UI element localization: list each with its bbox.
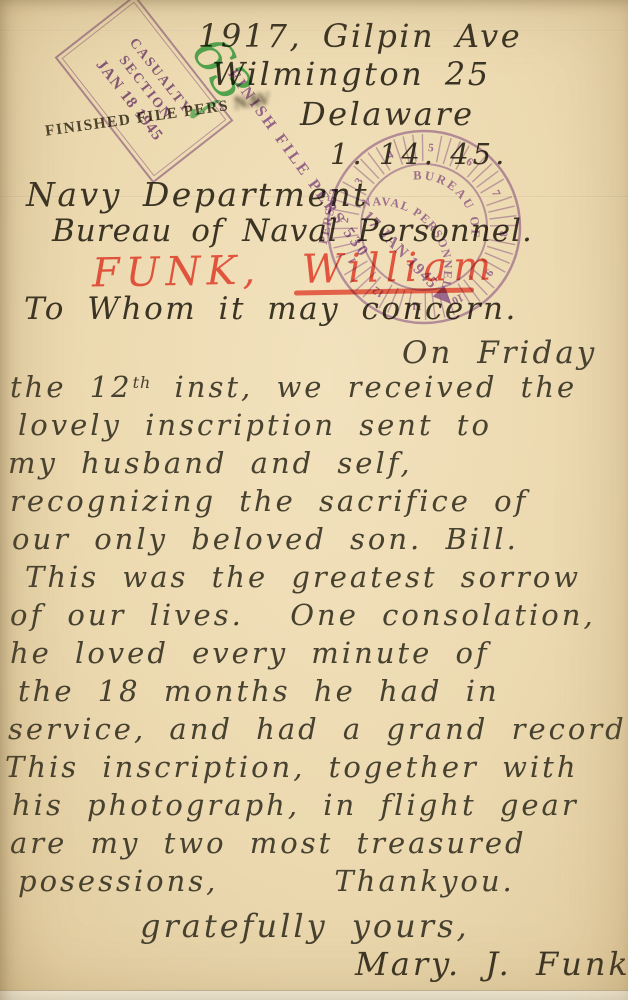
body-line: our only beloved son. Bill. [12, 525, 519, 554]
body-line: This inscription, together with [5, 753, 579, 782]
body-opening: On Friday [402, 338, 597, 369]
dial-number: 4 [385, 149, 396, 162]
stamp-arc-text-top: BUREAU OF [406, 152, 499, 247]
sender-address-line-1: 1917, Gilpin Ave [198, 20, 522, 52]
bureau-naval-personnel-date-stamp: 1 2 3 4 5 6 7 8 9 10 11 12 BUREAU OF NAV… [316, 119, 532, 335]
body-line: are my two most treasured [10, 829, 527, 858]
ordinal-superscript: th [133, 373, 152, 392]
body-line: This was the greatest sorrow [25, 563, 581, 592]
svg-text:BUREAU OF: BUREAU OF [406, 152, 499, 247]
body-line: my husband and self, [8, 449, 413, 478]
body-line: lovely inscription sent to [18, 411, 492, 440]
dial-number: 11 [411, 299, 423, 312]
dial-number: 3 [353, 176, 366, 188]
letter-page: 1917, Gilpin Ave Wilmington 25 Delaware … [0, 0, 628, 1000]
body-line: posessions, Thankyou. [18, 867, 515, 896]
valediction: gratefully yours, [140, 910, 470, 942]
scan-bottom-edge [0, 990, 628, 1000]
body-line: he loved every minute of [10, 639, 490, 668]
signature: Mary. J. Funk [355, 948, 628, 980]
body-line: the 12th inst, we received the [10, 373, 577, 402]
body-line: his photograph, in flight gear [12, 791, 579, 820]
dial-number: 7 [489, 188, 502, 199]
dial-number: 10 [450, 291, 466, 307]
body-line: the 18 months he had in [18, 677, 500, 706]
body-line: of our lives. One consolation, [10, 601, 596, 630]
body-line: recognizing the sacrifice of [10, 487, 528, 516]
body-line: service, and had a grand record [8, 715, 627, 744]
dial-number: 5 [428, 142, 435, 154]
dial-number: 8 [496, 231, 508, 238]
dial-number: 2 [339, 216, 351, 223]
dial-number: 6 [464, 156, 476, 169]
body-line1-post: inst, we received the [151, 370, 577, 404]
body-line1-pre: the 12 [10, 370, 133, 404]
case-name-red: FUNK, William [92, 246, 498, 293]
